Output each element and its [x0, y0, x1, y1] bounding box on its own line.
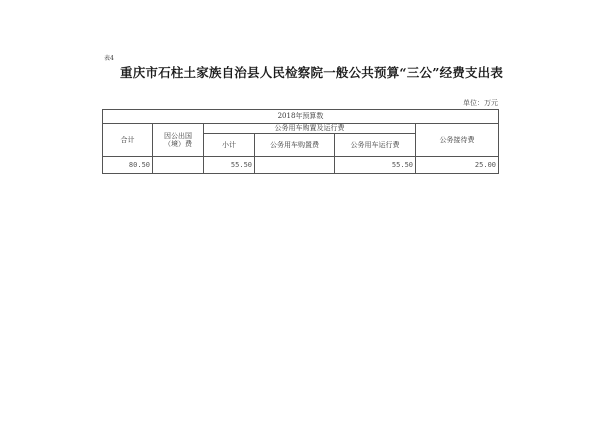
- unit-label: 单位：万元: [463, 98, 498, 108]
- col-vehicle-group-header: 公务用车购置及运行费: [204, 124, 416, 134]
- year-header: 2018年预算数: [103, 110, 499, 124]
- table-number-label: 表4: [104, 53, 114, 62]
- cell-overseas: [153, 157, 204, 174]
- col-vehicle-subtotal-header: 小计: [204, 134, 255, 157]
- col-overseas-header: 因公出国（境）费: [153, 124, 204, 157]
- cell-vehicle-purchase: [255, 157, 335, 174]
- col-overseas-label: 因公出国（境）费: [164, 132, 192, 148]
- cell-vehicle-subtotal: 55.50: [204, 157, 255, 174]
- col-total-header: 合计: [103, 124, 153, 157]
- cell-vehicle-operation: 55.50: [335, 157, 416, 174]
- page-title: 重庆市石柱土家族自治县人民检察院一般公共预算“三公”经费支出表: [120, 63, 500, 81]
- cell-total: 80.50: [103, 157, 153, 174]
- expense-table: 2018年预算数 合计 因公出国（境）费 公务用车购置及运行费 公务接待费 小计…: [102, 109, 499, 174]
- col-vehicle-operation-header: 公务用车运行费: [335, 134, 416, 157]
- col-reception-header: 公务接待费: [416, 124, 499, 157]
- table-row: 80.50 55.50 55.50 25.00: [103, 157, 499, 174]
- col-vehicle-purchase-header: 公务用车购置费: [255, 134, 335, 157]
- cell-reception: 25.00: [416, 157, 499, 174]
